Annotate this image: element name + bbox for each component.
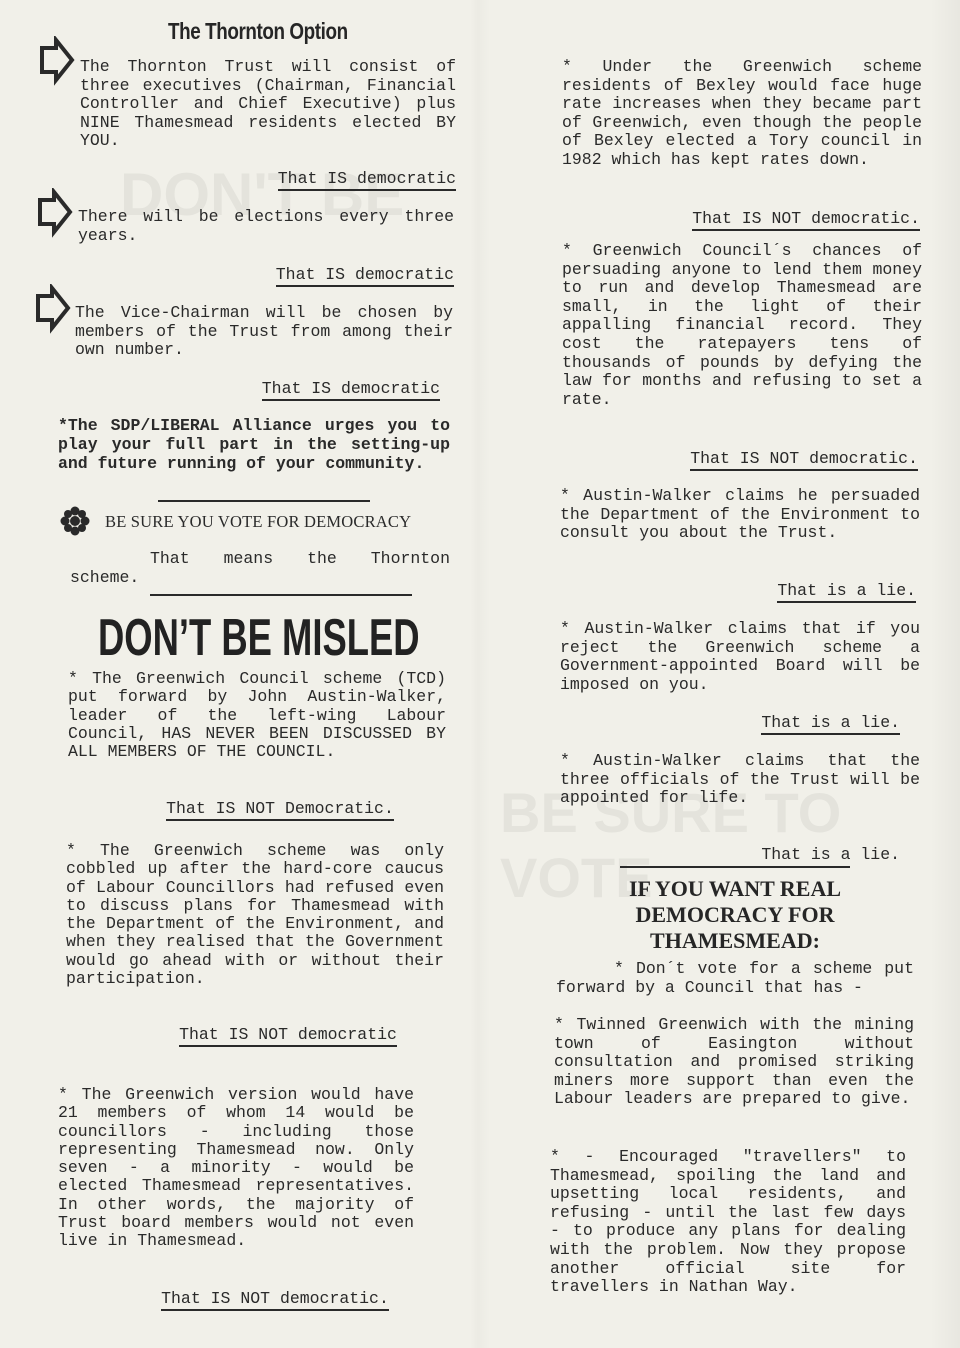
verdict-lie: That is a lie. bbox=[700, 846, 900, 864]
thornton-point-3: The Vice-Chairman will be chosen by memb… bbox=[75, 304, 453, 360]
financial-record-point: * Greenwich Council´s chances of persuad… bbox=[562, 242, 922, 409]
divider bbox=[150, 594, 412, 596]
verdict-democratic: That IS democratic bbox=[200, 170, 456, 188]
misled-point-2: * The Greenwich scheme was only cobbled … bbox=[66, 842, 444, 988]
divider bbox=[158, 500, 370, 502]
verdict-democratic: That IS democratic bbox=[200, 380, 440, 398]
arrow-bullet-icon bbox=[32, 284, 72, 336]
easington-twinning-charge: * Twinned Greenwich with the mining town… bbox=[554, 1016, 914, 1109]
real-democracy-heading: IF YOU WANT REAL DEMOCRACY FOR THAMESMEA… bbox=[580, 876, 890, 954]
verdict-not-democratic: That IS NOT democratic. bbox=[640, 210, 920, 228]
arrow-bullet-icon bbox=[36, 36, 76, 88]
alliance-appeal: *The SDP/LIBERAL Alliance urges you to p… bbox=[58, 416, 450, 473]
travellers-charge: * - Encouraged "travellers" to Thamesmea… bbox=[550, 1148, 906, 1297]
verdict-not-democratic: That IS NOT democratic. bbox=[640, 450, 918, 468]
verdict-not-democratic: That IS NOT democratic bbox=[160, 1026, 416, 1044]
verdict-democratic: That IS democratic bbox=[200, 266, 454, 284]
divider bbox=[620, 866, 850, 868]
verdict-not-democratic: That IS NOT Democratic. bbox=[140, 800, 420, 818]
vote-for-democracy-callout: BE SURE YOU VOTE FOR DEMOCRACY bbox=[105, 512, 411, 532]
bexley-rates-point: * Under the Greenwich scheme residents o… bbox=[562, 58, 922, 170]
dont-be-misled-heading: DON’T BE MISLED bbox=[98, 612, 420, 664]
verdict-lie: That is a lie. bbox=[700, 582, 916, 600]
imposed-board-claim-point: * Austin-Walker claims that if you rejec… bbox=[560, 620, 920, 694]
verdict-lie: That is a lie. bbox=[700, 714, 900, 732]
thornton-point-2: There will be elections every three year… bbox=[78, 208, 454, 245]
officials-for-life-claim-point: * Austin-Walker claims that the three of… bbox=[560, 752, 920, 808]
dont-vote-intro: * Don´t vote for a scheme put forward by… bbox=[556, 960, 914, 997]
asterisk-flower-icon bbox=[60, 506, 90, 536]
thornton-means: That means the Thornton scheme. bbox=[70, 550, 450, 587]
verdict-not-democratic: That IS NOT democratic. bbox=[140, 1290, 410, 1308]
thornton-point-1: The Thornton Trust will consist of three… bbox=[80, 58, 456, 151]
arrow-bullet-icon bbox=[34, 188, 74, 240]
consultation-claim-point: * Austin-Walker claims he persuaded the … bbox=[560, 487, 920, 543]
section-title-thornton-option: The Thornton Option bbox=[168, 18, 348, 45]
misled-point-3: * The Greenwich version would have 21 me… bbox=[58, 1086, 414, 1251]
misled-point-1: * The Greenwich Council scheme (TCD) put… bbox=[68, 670, 446, 761]
